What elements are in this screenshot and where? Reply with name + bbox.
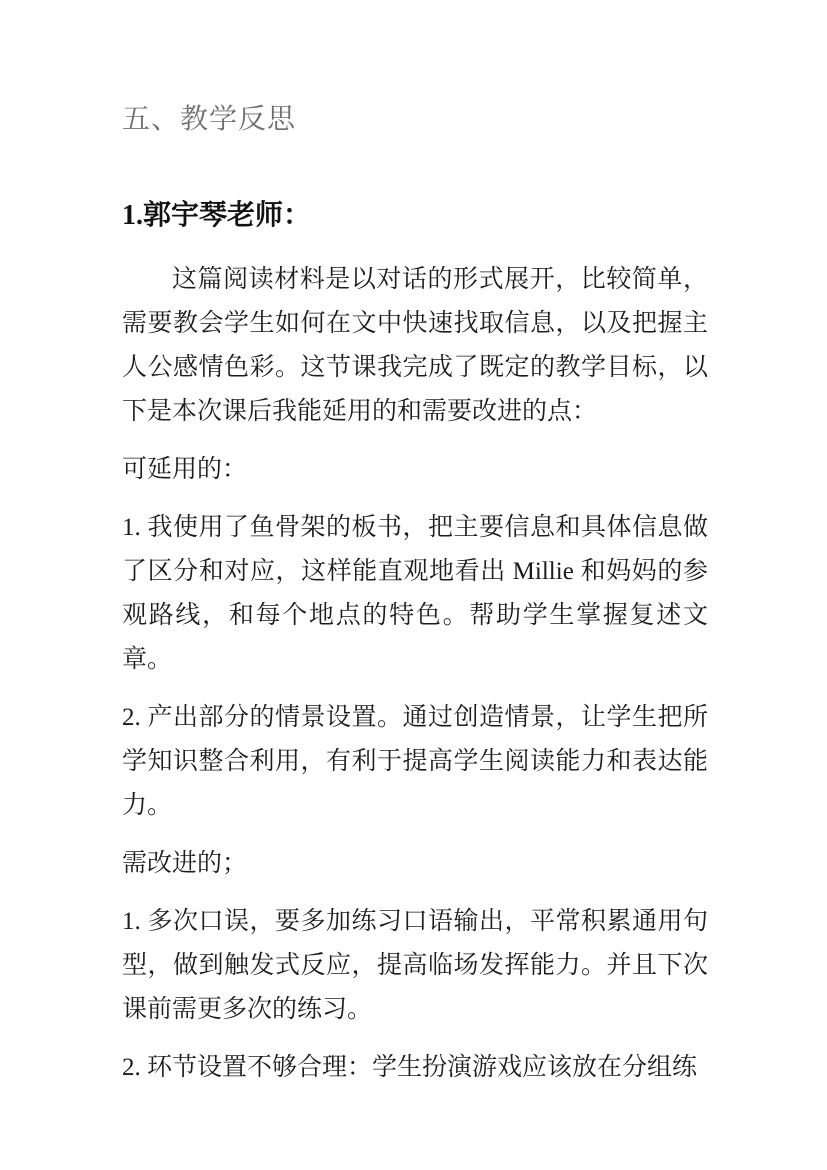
teacher-heading: 1.郭宇琴老师：	[122, 196, 708, 236]
document-page: 五、教学反思 1.郭宇琴老师： 这篇阅读材料是以对话的形式展开，比较简单，需要教…	[0, 0, 827, 1170]
paragraph-keep-item-1: 1. 我使用了鱼骨架的板书，把主要信息和具体信息做了区分和对应，这样能直观地看出…	[122, 506, 708, 682]
paragraph-improve-item-1: 1. 多次口误，要多加练习口语输出，平常积累通用句型，做到触发式反应，提高临场发…	[122, 900, 708, 1032]
section-heading: 五、教学反思	[122, 100, 708, 140]
paragraph-improve-label: 需改进的；	[122, 842, 708, 886]
paragraph-keep-item-2: 2. 产出部分的情景设置。通过创造情景，让学生把所学知识整合利用，有利于提高学生…	[122, 696, 708, 828]
paragraph-keep-label: 可延用的：	[122, 448, 708, 492]
paragraph-intro: 这篇阅读材料是以对话的形式展开，比较简单，需要教会学生如何在文中快速找取信息，以…	[122, 258, 708, 434]
document-content: 五、教学反思 1.郭宇琴老师： 这篇阅读材料是以对话的形式展开，比较简单，需要教…	[0, 0, 827, 1090]
paragraph-improve-item-2: 2. 环节设置不够合理：学生扮演游戏应该放在分组练	[122, 1046, 708, 1090]
